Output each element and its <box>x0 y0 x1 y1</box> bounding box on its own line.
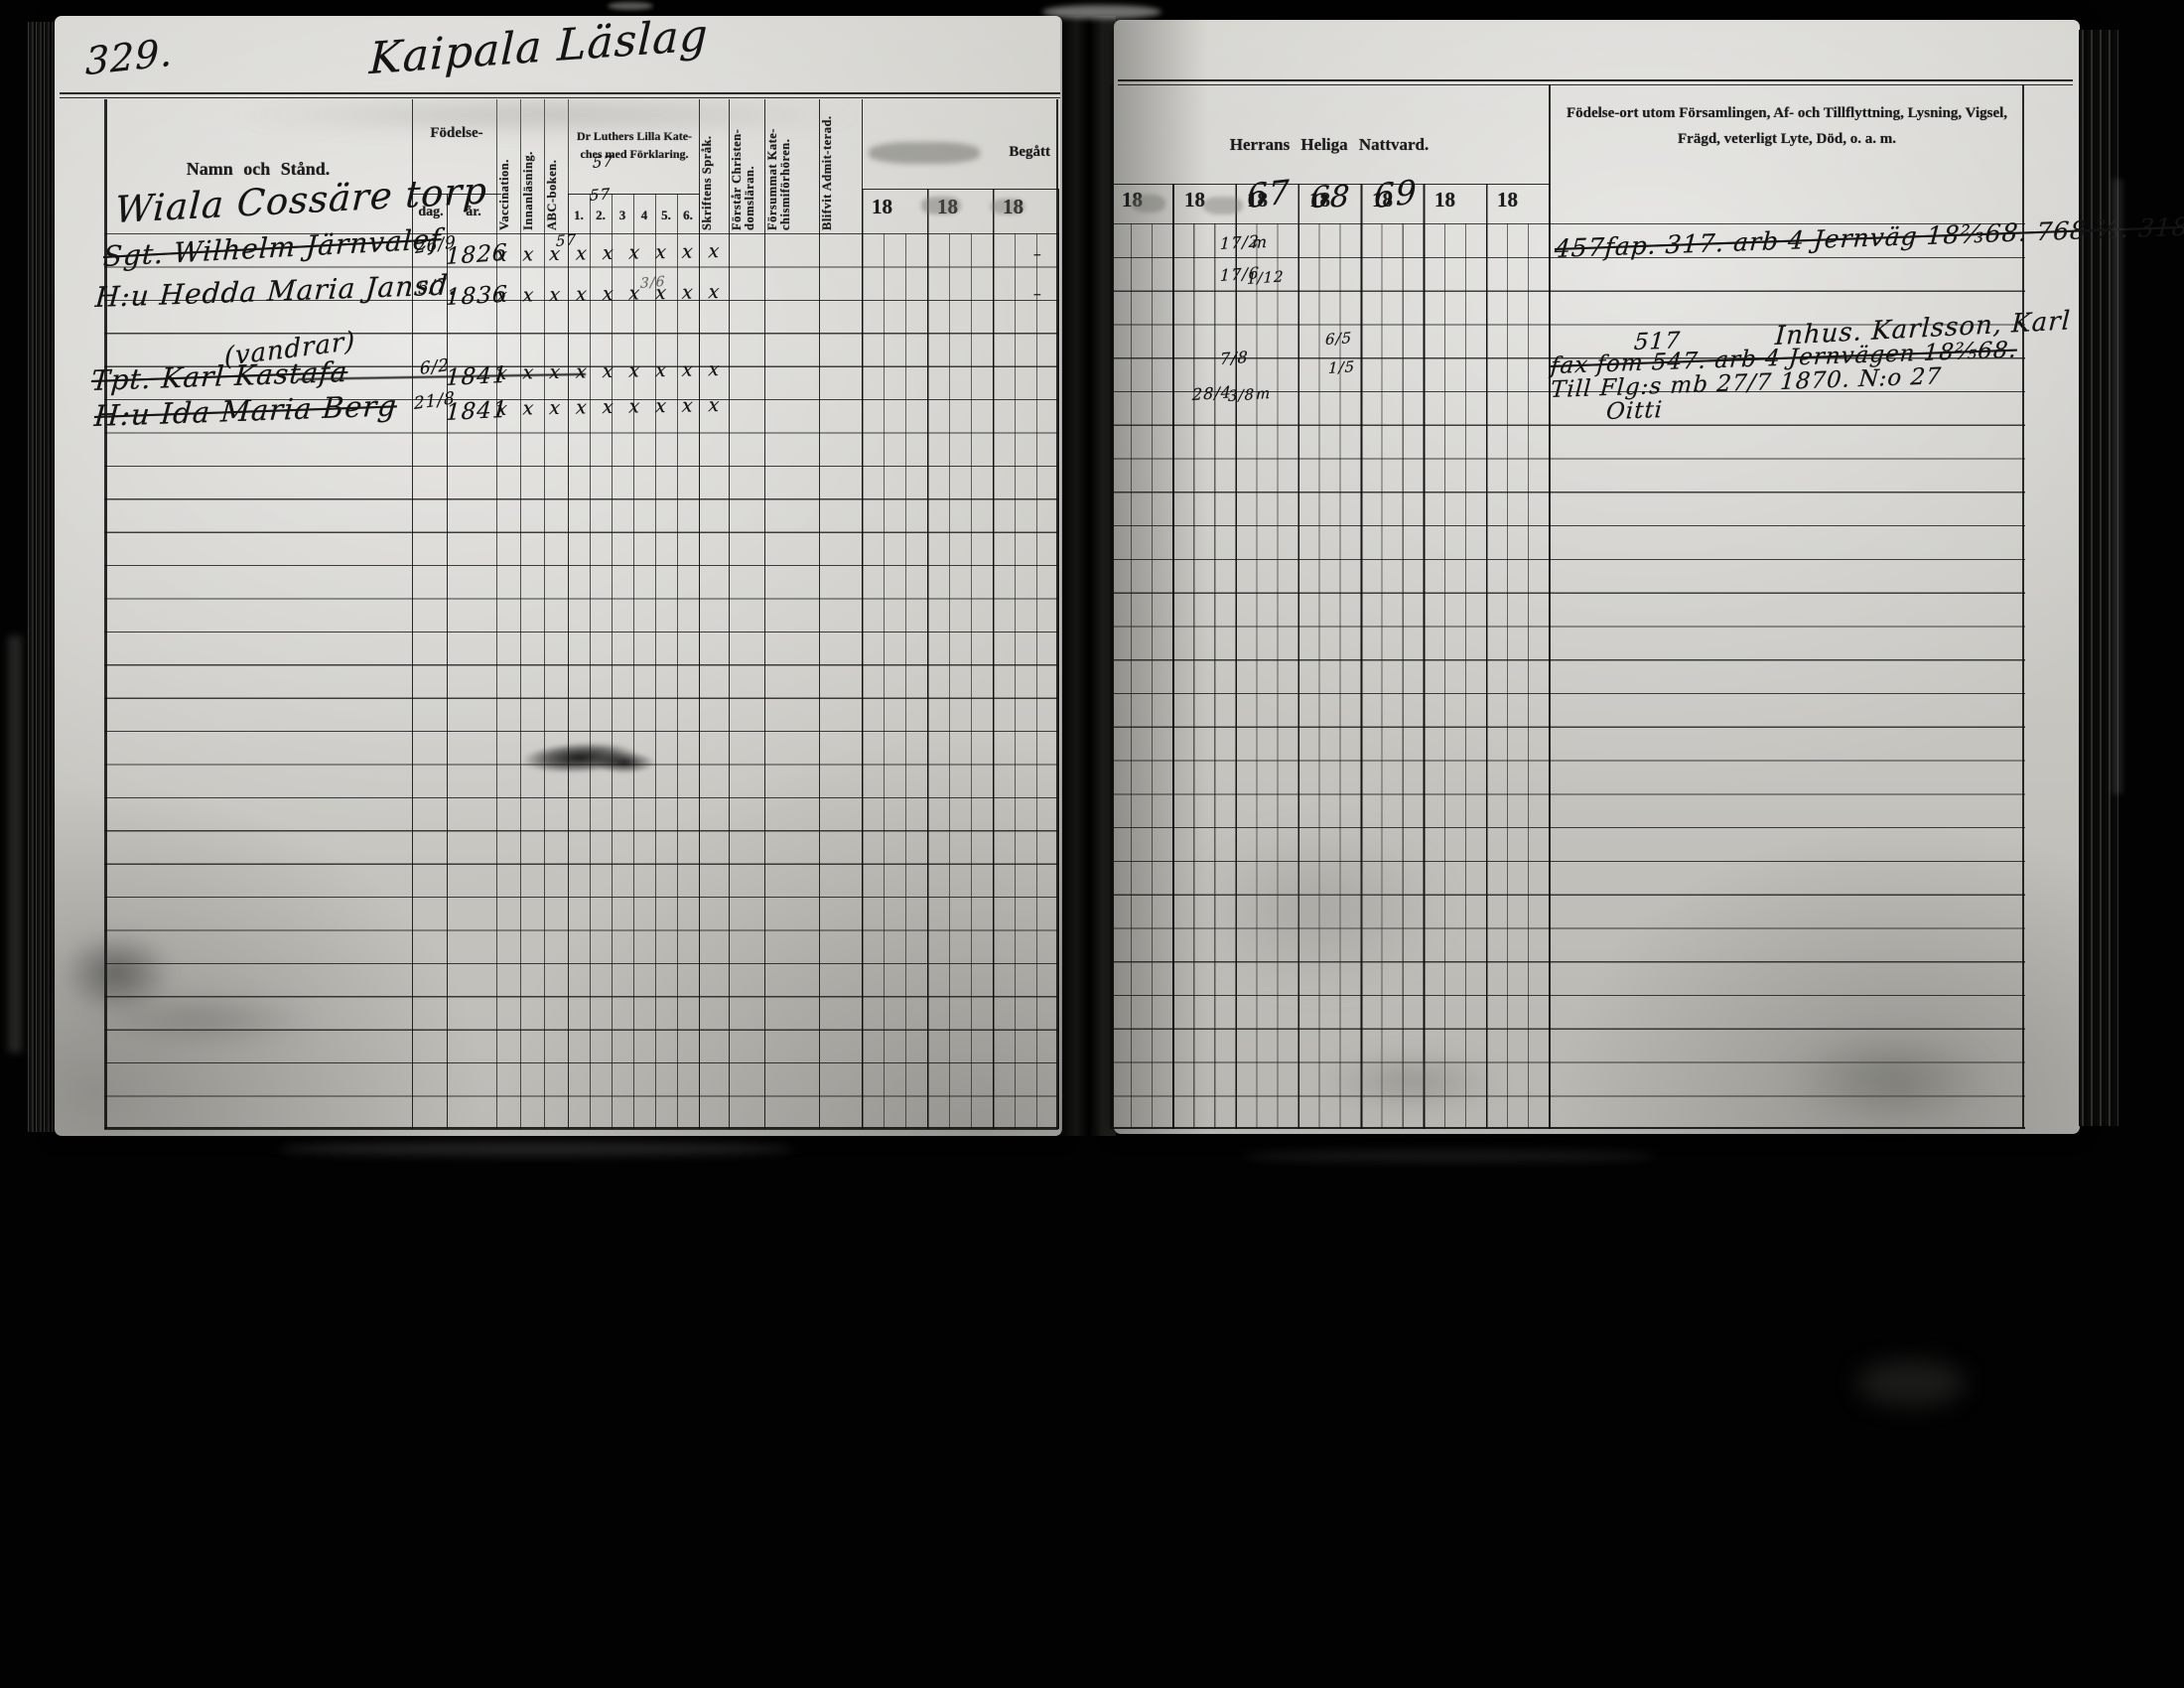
paper-sliver <box>608 2 653 10</box>
grid-lines <box>568 194 700 1129</box>
rule-line <box>1118 79 2073 81</box>
column-header-name: Namn och Stånd. <box>104 154 412 184</box>
page-bottom-glow <box>1241 1150 1658 1162</box>
notes-header-line1: Födelse-ort utom Församlingen, Af- och T… <box>1549 102 2025 124</box>
column-header-admitted: Blifvit Admit-terad. <box>821 103 862 230</box>
church-book-scan: Namn och Stånd. Födelse- dag. år. Vaccin… <box>0 0 2184 1688</box>
grid-line <box>862 189 1058 190</box>
right-table: Herrans Heliga Nattvard. Födelse-ort uto… <box>1110 84 2025 1129</box>
grid-line <box>862 99 863 1129</box>
grid-line <box>104 99 107 1129</box>
column-header-communion: Herrans Heliga Nattvard. <box>1110 132 1549 158</box>
column-header-scripture: Skriftens Språk. <box>701 103 729 230</box>
grid-line <box>412 99 413 1129</box>
grid-line <box>568 194 699 195</box>
grid-lines <box>862 189 1059 1129</box>
grid-line <box>1110 1127 2025 1129</box>
column-header-catechism-2: ches med Förklaring. <box>570 147 699 162</box>
grid-line <box>819 99 820 1129</box>
grid-line <box>1110 184 1549 185</box>
column-header-catechism-1: Dr Luthers Lilla Kate- <box>570 129 699 144</box>
grid-line <box>1549 84 1551 1129</box>
dark-area-smudge <box>1856 1360 1966 1406</box>
grid-line <box>447 194 448 1129</box>
column-header-birth-year: år. <box>454 201 493 224</box>
grid-line <box>729 99 730 1129</box>
edge-streak <box>8 635 22 1053</box>
page-bottom-glow <box>278 1142 794 1156</box>
notes-header-line2: Frägd, veterligt Lyte, Död, o. a. m. <box>1549 128 2025 150</box>
grid-line <box>764 99 765 1129</box>
grid-line <box>412 194 501 195</box>
grid-line <box>104 1127 1058 1129</box>
book-edge-right <box>2079 30 2118 1126</box>
left-table: Namn och Stånd. Födelse- dag. år. Vaccin… <box>104 99 1058 1129</box>
column-header-begatt: Begått <box>862 144 1078 161</box>
book-gutter <box>1060 16 1116 1136</box>
column-header-birth: Födelse- <box>412 121 501 145</box>
grid-line <box>1110 84 1113 1129</box>
grid-line <box>2022 84 2024 1129</box>
grid-lines <box>1110 184 1550 1129</box>
column-header-missed: Försummat Kate-chismiförhören. <box>766 103 819 230</box>
column-header-understands: Förstår Christen-domsläran. <box>731 103 764 230</box>
grid-line <box>1056 99 1059 1129</box>
grid-lines <box>496 99 569 1129</box>
grid-line <box>699 99 700 1129</box>
rule-line <box>60 92 1060 94</box>
column-header-birth-day: dag. <box>412 201 450 224</box>
